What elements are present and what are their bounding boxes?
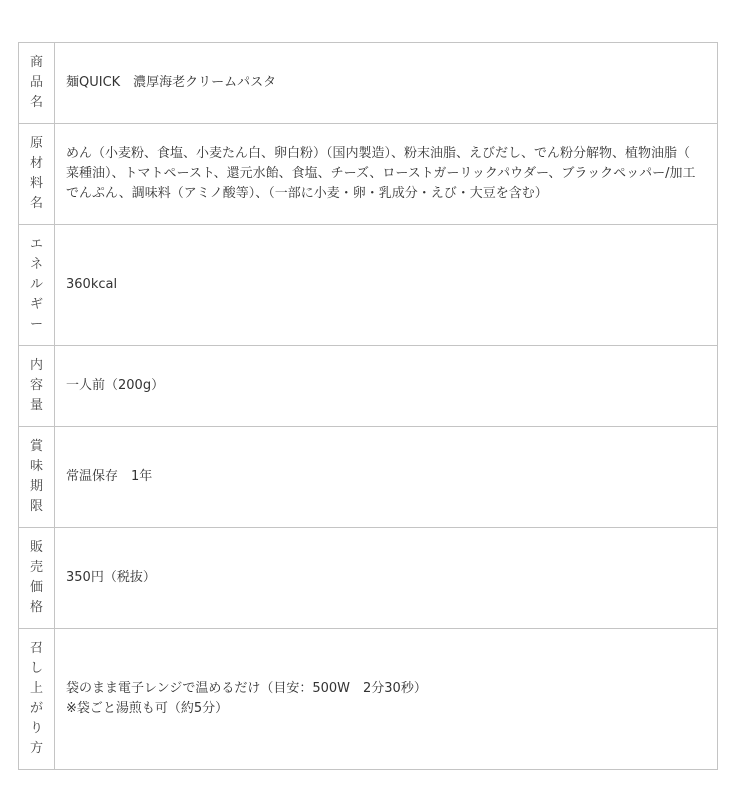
value-line: でんぷん、調味料（アミノ酸等）、（一部に小麦・卵・乳成分・えび・大豆を含む） [66, 184, 711, 204]
label-product-name: 商 品 名 [19, 43, 55, 124]
label-char: ネ [19, 255, 54, 275]
label-char: 量 [19, 396, 54, 416]
label-char: 名 [19, 194, 54, 214]
label-how-to-eat: 召 し 上 が り 方 [19, 629, 55, 770]
label-char: ー [19, 315, 54, 335]
label-char: ル [19, 275, 54, 295]
label-char: 期 [19, 477, 54, 497]
label-char: ギ [19, 295, 54, 315]
row-product-name: 商 品 名 麺QUICK 濃厚海老クリームパスタ [19, 43, 718, 124]
value-best-before: 常温保存 1年 [55, 427, 718, 528]
value-line: 常温保存 1年 [66, 467, 711, 487]
label-char: 容 [19, 376, 54, 396]
label-char: 料 [19, 174, 54, 194]
label-char: 限 [19, 497, 54, 517]
label-char: 方 [19, 739, 54, 759]
value-energy: 360kcal [55, 225, 718, 346]
label-char: エ [19, 235, 54, 255]
label-char: 売 [19, 558, 54, 578]
label-char: し [19, 659, 54, 679]
label-char: 価 [19, 578, 54, 598]
product-spec-table: 商 品 名 麺QUICK 濃厚海老クリームパスタ 原 材 料 名 めん（小麦粉、… [18, 42, 718, 770]
value-how-to-eat: 袋のまま電子レンジで温めるだけ（目安：500W 2分30秒） ※袋ごと湯煎も可（… [55, 629, 718, 770]
label-char: 販 [19, 538, 54, 558]
label-char: 材 [19, 154, 54, 174]
label-best-before: 賞 味 期 限 [19, 427, 55, 528]
label-char: 賞 [19, 437, 54, 457]
label-char: 召 [19, 639, 54, 659]
label-char: 原 [19, 134, 54, 154]
label-energy: エ ネ ル ギ ー [19, 225, 55, 346]
label-price: 販 売 価 格 [19, 528, 55, 629]
label-char: 商 [19, 53, 54, 73]
value-line: 菜種油）、トマトペースト、還元水飴、食塩、チーズ、ローストガーリックパウダー、ブ… [66, 164, 711, 184]
label-char: 品 [19, 73, 54, 93]
label-char: が [19, 699, 54, 719]
value-contents: 一人前（200g） [55, 346, 718, 427]
value-ingredients: めん（小麦粉、食塩、小麦たん白、卵白粉）（国内製造）、粉末油脂、えびだし、でん粉… [55, 124, 718, 225]
label-char: 内 [19, 356, 54, 376]
row-how-to-eat: 召 し 上 が り 方 袋のまま電子レンジで温めるだけ（目安：500W 2分30… [19, 629, 718, 770]
row-price: 販 売 価 格 350円（税抜） [19, 528, 718, 629]
row-energy: エ ネ ル ギ ー 360kcal [19, 225, 718, 346]
value-product-name: 麺QUICK 濃厚海老クリームパスタ [55, 43, 718, 124]
value-line: 350円（税抜） [66, 568, 711, 588]
row-contents: 内 容 量 一人前（200g） [19, 346, 718, 427]
label-char: 味 [19, 457, 54, 477]
label-char: 上 [19, 679, 54, 699]
value-price: 350円（税抜） [55, 528, 718, 629]
value-line: 一人前（200g） [66, 376, 711, 396]
label-contents: 内 容 量 [19, 346, 55, 427]
value-line: 麺QUICK 濃厚海老クリームパスタ [66, 73, 711, 93]
value-line: 360kcal [66, 275, 711, 295]
label-char: 格 [19, 598, 54, 618]
value-line: 袋のまま電子レンジで温めるだけ（目安：500W 2分30秒） [66, 679, 711, 699]
row-best-before: 賞 味 期 限 常温保存 1年 [19, 427, 718, 528]
label-char: 名 [19, 93, 54, 113]
label-ingredients: 原 材 料 名 [19, 124, 55, 225]
label-char: り [19, 719, 54, 739]
value-line: めん（小麦粉、食塩、小麦たん白、卵白粉）（国内製造）、粉末油脂、えびだし、でん粉… [66, 144, 711, 164]
value-line: ※袋ごと湯煎も可（約5分） [66, 699, 711, 719]
row-ingredients: 原 材 料 名 めん（小麦粉、食塩、小麦たん白、卵白粉）（国内製造）、粉末油脂、… [19, 124, 718, 225]
